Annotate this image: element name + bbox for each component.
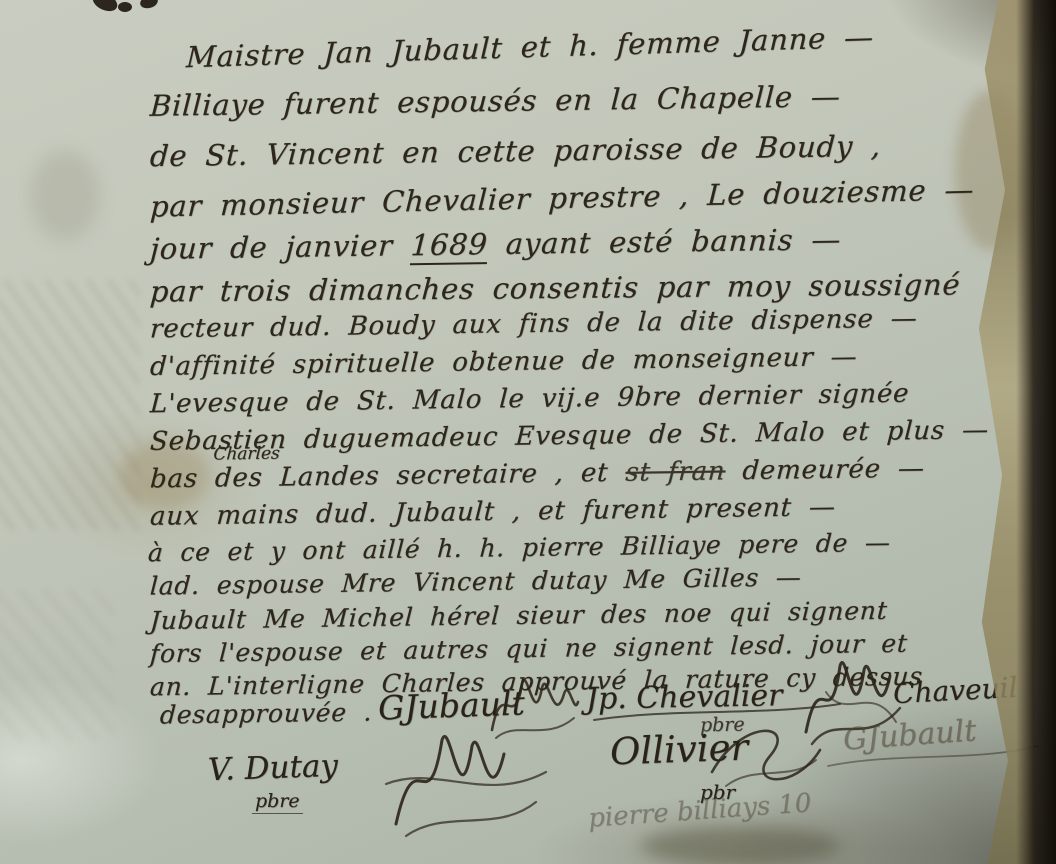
line-text: jour de janvier bbox=[149, 228, 412, 266]
line-text: ayant esté bannis — bbox=[487, 222, 842, 261]
manuscript-line: Jubault Me Michel hérel sieur des noe qu… bbox=[149, 596, 888, 635]
manuscript-line: jour de janvier 1689 ayant esté bannis — bbox=[149, 222, 842, 266]
interline-word: Charles bbox=[213, 444, 281, 465]
manuscript-line: Charlesbas des Landes secretaire , et st… bbox=[149, 454, 925, 495]
paper-background: Maistre Jan Jubault et h. femme Janne — … bbox=[0, 0, 1056, 864]
underlined-year: 1689 bbox=[410, 227, 489, 265]
manuscript-line: par monsieur Chevalier prestre , Le douz… bbox=[149, 172, 975, 223]
manuscript-line: lad. espouse Mre Vincent dutay Me Gilles… bbox=[149, 562, 802, 600]
signature-jubault-left: GJubault bbox=[377, 683, 525, 727]
ink-blot bbox=[118, 2, 132, 12]
signature-jubault-right: GJubault bbox=[842, 713, 977, 757]
signature-dutay-title: pbre bbox=[252, 790, 303, 814]
bleed-through-marks bbox=[0, 590, 114, 740]
manuscript-photo: Maistre Jan Jubault et h. femme Janne — … bbox=[0, 0, 1056, 864]
book-edge bbox=[1016, 0, 1056, 864]
ink-blot bbox=[90, 0, 120, 15]
manuscript-line: desapprouvée . bbox=[159, 698, 373, 730]
ink-blot bbox=[139, 0, 159, 10]
signature-dutay: V. Dutay bbox=[207, 748, 338, 789]
manuscript-line: Maistre Jan Jubault et h. femme Janne — bbox=[185, 20, 874, 74]
manuscript-line: fors l'espouse et autres qui ne signent … bbox=[149, 629, 908, 669]
signature-ollivier: Ollivier bbox=[609, 726, 749, 774]
manuscript-line: d'affinité spirituelle obtenue de monsei… bbox=[149, 342, 858, 382]
manuscript-line: de St. Vincent en cette paroisse de Boud… bbox=[149, 129, 882, 173]
signature-chevalier: Jp. Chevalier bbox=[586, 678, 783, 716]
paraph-flourish bbox=[376, 724, 556, 842]
paper-stain bbox=[30, 150, 100, 240]
manuscript-line: à ce et y ont aillé h. h. pierre Billiay… bbox=[147, 528, 891, 567]
bleed-through-marks bbox=[0, 280, 140, 530]
signature-bottom-faint: pierre billiays 10 bbox=[587, 788, 812, 834]
manuscript-line: par trois dimanches consentis par moy so… bbox=[149, 267, 962, 308]
struck-word: st fran bbox=[625, 456, 727, 487]
manuscript-line: L'evesque de St. Malo le vij.e 9bre dern… bbox=[149, 379, 910, 420]
line-text: demeurée — bbox=[725, 454, 926, 487]
paper-stain bbox=[640, 826, 840, 864]
manuscript-line: aux mains dud. Jubault , et furent prese… bbox=[149, 492, 836, 532]
manuscript-line: an. L'interligne Charles approuvé la rat… bbox=[149, 662, 924, 702]
manuscript-line: Billiaye furent espousés en la Chapelle … bbox=[149, 79, 842, 123]
manuscript-line: recteur dud. Boudy aux fins de la dite d… bbox=[149, 304, 918, 345]
